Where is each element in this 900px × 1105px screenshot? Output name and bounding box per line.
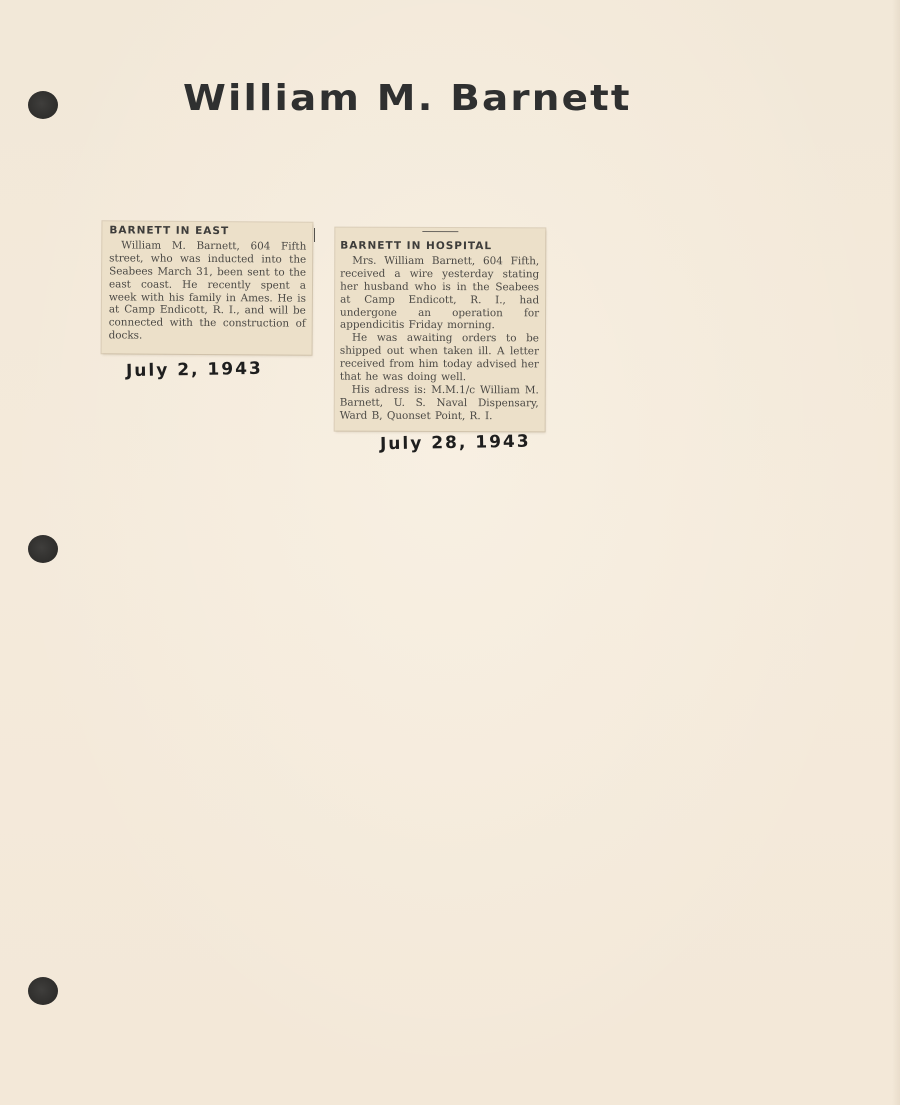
clipping-barnett-in-east: BARNETT IN EAST William M. Barnett, 604 …	[102, 221, 313, 354]
clipping-divider-rule	[422, 231, 458, 232]
binder-hole-top	[28, 91, 58, 119]
clipping-paragraph: He was awaiting orders to be shipped out…	[340, 332, 539, 384]
handwritten-date: July 2, 1943	[126, 359, 263, 381]
clipping-paragraph: William M. Barnett, 604 Fifth street, wh…	[109, 239, 307, 344]
clipping-paragraph: His adress is: M.M.1/c William M. Barnet…	[340, 384, 539, 423]
clipping-paragraph: Mrs. William Barnett, 604 Fifth, receive…	[340, 255, 539, 333]
clipping-headline: BARNETT IN EAST	[109, 224, 306, 238]
binder-hole-bottom	[28, 977, 58, 1005]
page-edge-shadow	[892, 0, 900, 1105]
handwritten-date: July 28, 1943	[380, 432, 531, 455]
clipping-barnett-in-hospital: BARNETT IN HOSPITAL Mrs. William Barnett…	[335, 228, 546, 432]
pencil-mark	[314, 228, 315, 242]
binder-hole-middle	[28, 535, 58, 563]
scrapbook-page: William M. Barnett BARNETT IN EAST Willi…	[0, 0, 900, 1105]
page-title: William M. Barnett	[183, 78, 632, 119]
clipping-headline: BARNETT IN HOSPITAL	[340, 240, 539, 254]
